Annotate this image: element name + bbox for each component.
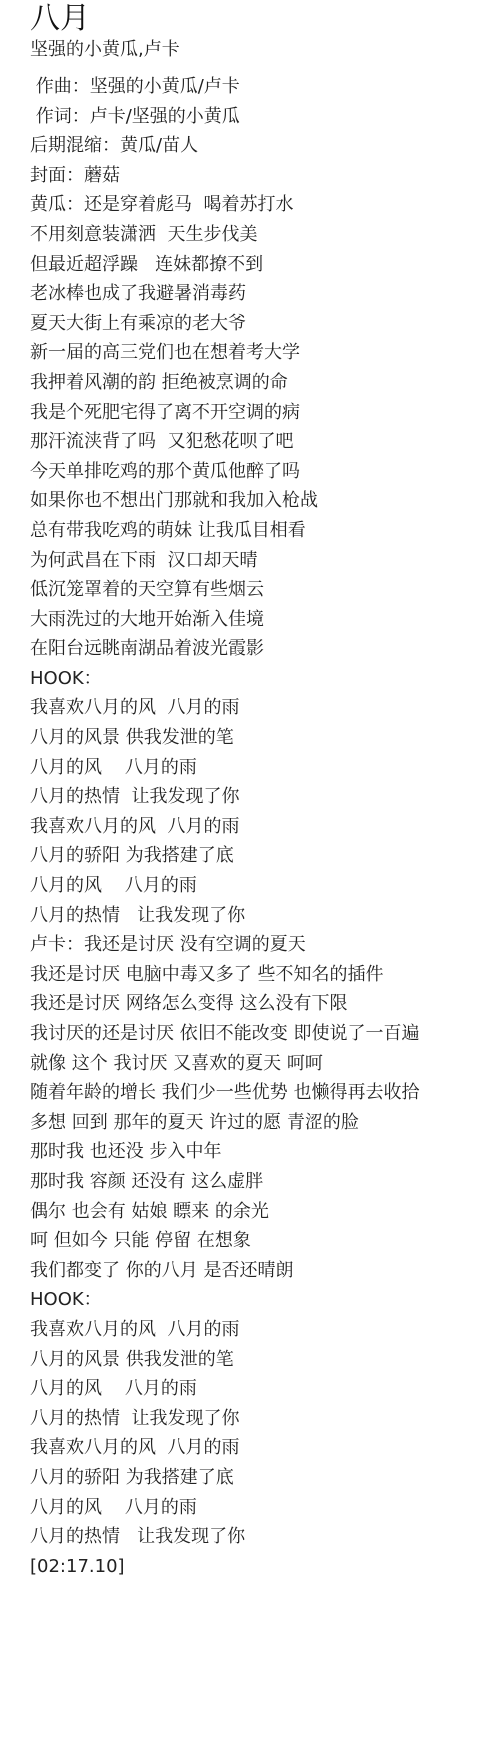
lyric-line: 八月的风景 供我发泄的笔	[30, 1345, 500, 1375]
lyric-line: 我是个死肥宅得了离不开空调的病	[30, 398, 500, 428]
lyric-line: 为何武昌在下雨 汉口却天晴	[30, 546, 500, 576]
song-artist: 坚强的小黄瓜,卢卡	[30, 38, 500, 62]
lyric-line: 就像 这个 我讨厌 又喜欢的夏天 呵呵	[30, 1049, 500, 1079]
lyric-line: 八月的热情 让我发现了你	[30, 1404, 500, 1434]
lyric-line: 我押着风潮的韵 拒绝被烹调的命	[30, 368, 500, 398]
lyric-line: 八月的骄阳 为我搭建了底	[30, 1463, 500, 1493]
lyric-line: 八月的热情 让我发现了你	[30, 1522, 500, 1552]
lyric-line: 卢卡：我还是讨厌 没有空调的夏天	[30, 930, 500, 960]
lyric-line: 多想 回到 那年的夏天 许过的愿 青涩的脸	[30, 1108, 500, 1138]
lyric-line: HOOK：	[30, 664, 500, 694]
lyric-line: 随着年龄的增长 我们少一些优势 也懒得再去收拾	[30, 1078, 500, 1108]
lyric-line: 八月的风 八月的雨	[30, 753, 500, 783]
lyric-line: 我们都变了 你的八月 是否还晴朗	[30, 1256, 500, 1286]
lyric-line: 不用刻意装潇洒 天生步伐美	[30, 220, 500, 250]
lyric-line: 如果你也不想出门那就和我加入枪战	[30, 486, 500, 516]
lyric-line: 八月的风 八月的雨	[30, 871, 500, 901]
lyric-line: 八月的风 八月的雨	[30, 1493, 500, 1523]
lyric-line: 我讨厌的还是讨厌 依旧不能改变 即使说了一百遍	[30, 1019, 500, 1049]
song-title: 八月	[30, 0, 500, 38]
lyric-line: 作曲：坚强的小黄瓜/卢卡	[30, 72, 500, 102]
lyric-line: HOOK：	[30, 1285, 500, 1315]
lyric-line: 今天单排吃鸡的那个黄瓜他醉了吗	[30, 457, 500, 487]
lyric-line: 新一届的高三党们也在想着考大学	[30, 338, 500, 368]
lyric-line: 总有带我吃鸡的萌妹 让我瓜目相看	[30, 516, 500, 546]
lyric-line: 黄瓜：还是穿着彪马 喝着苏打水	[30, 190, 500, 220]
lyric-line: 封面：蘑菇	[30, 161, 500, 191]
lyric-line: 八月的热情 让我发现了你	[30, 782, 500, 812]
lyric-line: 我喜欢八月的风 八月的雨	[30, 693, 500, 723]
lyric-line: 八月的风景 供我发泄的笔	[30, 723, 500, 753]
lyric-line: 那汗流浃背了吗 又犯愁花呗了吧	[30, 427, 500, 457]
lyric-line: 我喜欢八月的风 八月的雨	[30, 1433, 500, 1463]
lyric-line: 偶尔 也会有 姑娘 瞟来 的余光	[30, 1197, 500, 1227]
lyric-line: 作词：卢卡/坚强的小黄瓜	[30, 102, 500, 132]
lyric-line: 八月的骄阳 为我搭建了底	[30, 841, 500, 871]
lyric-line: 我喜欢八月的风 八月的雨	[30, 812, 500, 842]
lyrics-page: 八月 坚强的小黄瓜,卢卡 作曲：坚强的小黄瓜/卢卡 作词：卢卡/坚强的小黄瓜后期…	[0, 0, 500, 1581]
lyrics-list: 作曲：坚强的小黄瓜/卢卡 作词：卢卡/坚强的小黄瓜后期混缩：黄瓜/苗人封面：蘑菇…	[30, 72, 500, 1581]
lyric-line: 我还是讨厌 电脑中毒又多了 些不知名的插件	[30, 960, 500, 990]
lyric-line: 八月的热情 让我发现了你	[30, 901, 500, 931]
lyric-line: 后期混缩：黄瓜/苗人	[30, 131, 500, 161]
lyric-line: 低沉笼罩着的天空算有些烟云	[30, 575, 500, 605]
lyric-line: 在阳台远眺南湖品着波光霞影	[30, 634, 500, 664]
lyric-line: 老冰棒也成了我避暑消毒药	[30, 279, 500, 309]
lyric-line: 那时我 也还没 步入中年	[30, 1137, 500, 1167]
lyric-line: 夏天大街上有乘凉的老大爷	[30, 309, 500, 339]
lyric-line: 我还是讨厌 网络怎么变得 这么没有下限	[30, 989, 500, 1019]
lyric-line: 呵 但如今 只能 停留 在想象	[30, 1226, 500, 1256]
lyric-line: [02:17.10]	[30, 1552, 500, 1582]
lyric-line: 八月的风 八月的雨	[30, 1374, 500, 1404]
lyric-line: 我喜欢八月的风 八月的雨	[30, 1315, 500, 1345]
lyric-line: 那时我 容颜 还没有 这么虚胖	[30, 1167, 500, 1197]
lyric-line: 大雨洗过的大地开始渐入佳境	[30, 605, 500, 635]
lyric-line: 但最近超浮躁 连妹都撩不到	[30, 250, 500, 280]
